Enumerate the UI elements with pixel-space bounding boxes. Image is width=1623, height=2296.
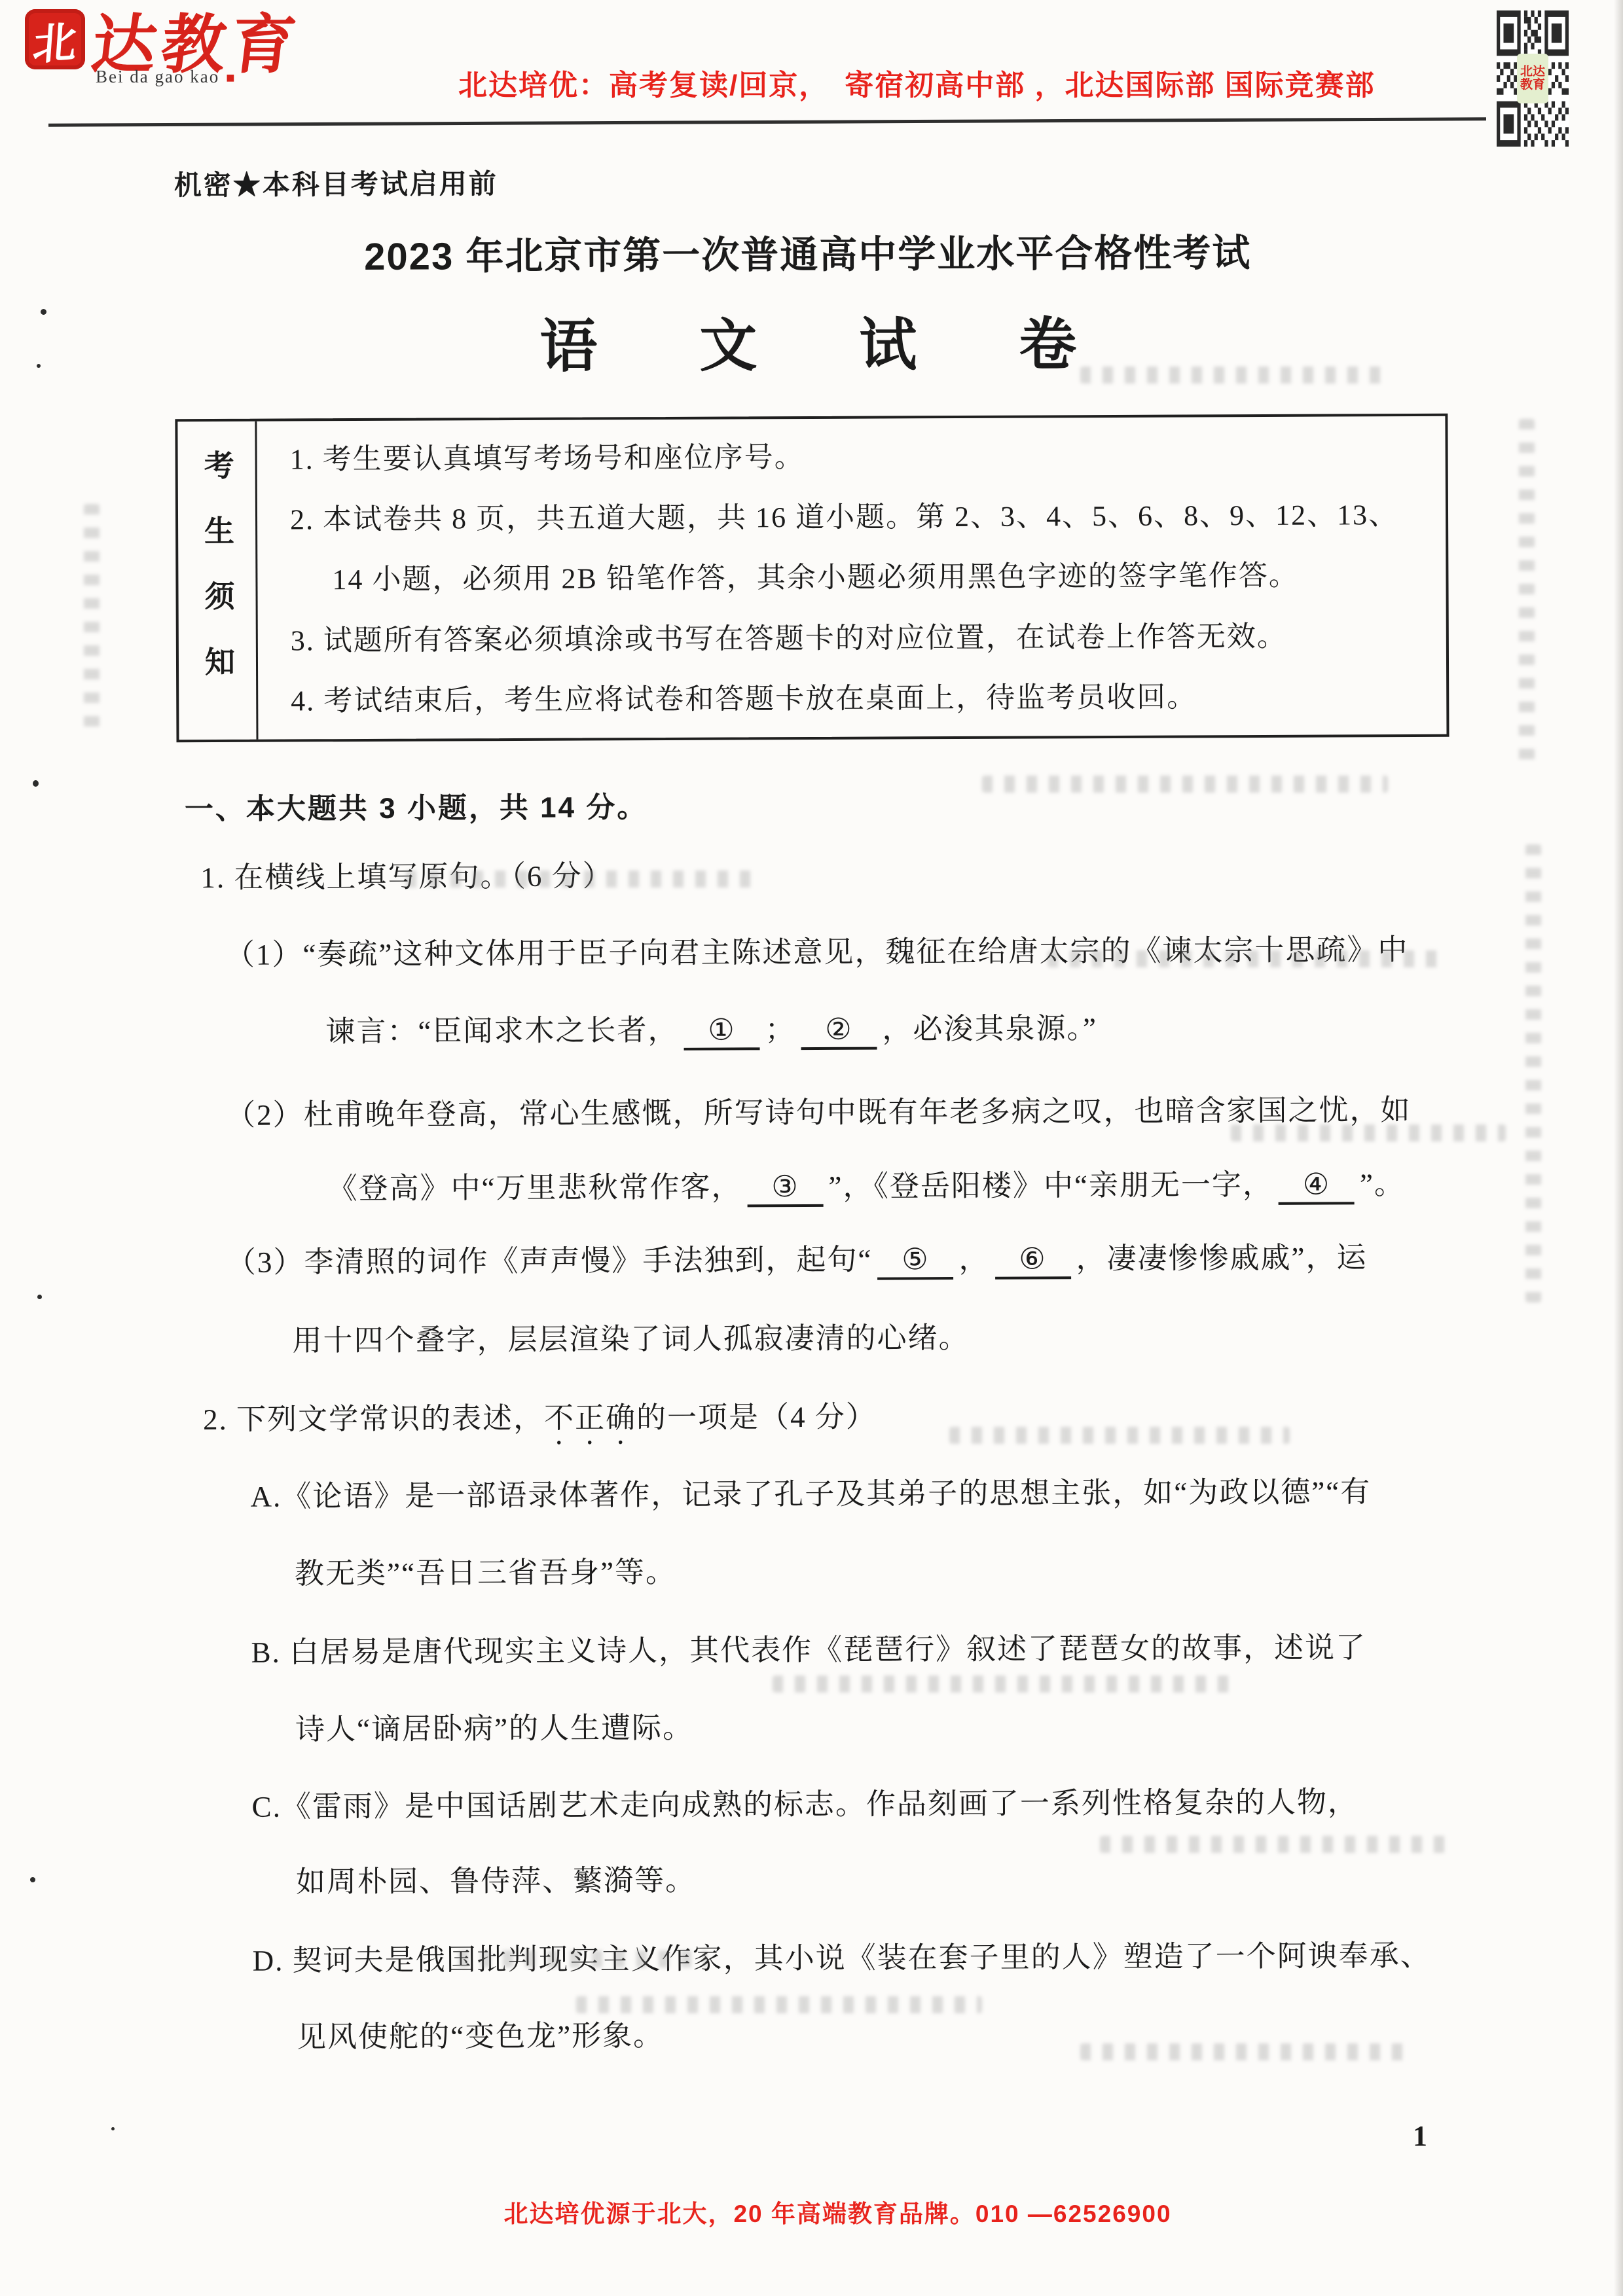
ink-speck [30,1877,35,1882]
scanned-content: 机密★本科目考试启用前 2023 年北京市第一次普通高中学业水平合格性考试 语 … [0,0,1623,2296]
notice-item-2-line-1: 2. 本试卷共 8 页，共五道大题，共 16 道小题。第 2、3、4、5、6、8… [290,500,1432,535]
q2-option-d-line1: D. 契诃夫是俄国批判现实主义作家，其小说《装在套子里的人》塑造了一个阿谀奉承、 [253,1939,1431,1979]
q2-option-c-line2: 如周朴园、鲁侍萍、蘩漪等。 [296,1864,696,1899]
ink-speck [33,780,39,787]
q1-part3-line2: 用十四个叠字，层层渲染了词人孤寂凄清的心绪。 [292,1321,969,1358]
q2-option-d-line2: 见风使舵的“变色龙”形象。 [297,2019,664,2054]
q1-part2-line2-post: ”。 [1360,1168,1405,1200]
notice-item-4: 4. 考试结束后，考生应将试卷和答题卡放在桌面上，待监考员收回。 [291,681,1433,717]
notice-item-2: 2. 本试卷共 8 页，共五道大题，共 16 道小题。第 2、3、4、5、6、8… [290,500,1433,596]
ink-speck [37,1295,42,1299]
section-1-heading: 一、本大题共 3 小题，共 14 分。 [185,783,648,827]
exam-paper-page: 北 达教育 Bei da gao kao■ 北达培优：高考复读/回京， 寄宿初高… [0,0,1623,2296]
bleed-through-artifact [84,504,100,733]
q1-part2-line2-mid: ”，《登岳阳楼》中“亲朋无一字， [828,1168,1273,1203]
notice-items: 1. 考生要认真填写考场号和座位序号。 2. 本试卷共 8 页，共五道大题，共 … [257,416,1446,740]
q1-part3-line1-post: ，凄凄惨惨戚戚”，运 [1076,1241,1367,1275]
paper-edge-shadow [1614,0,1623,2296]
bleed-through-artifact [1525,844,1541,1302]
notice-box: 考生须知 1. 考生要认真填写考场号和座位序号。 2. 本试卷共 8 页，共五道… [175,414,1449,742]
q1-part3-line1: （3）李清照的词作《声声慢》手法独到，起句“⑤，⑥，凄凄惨惨戚戚”，运 [227,1241,1368,1283]
bleed-through-artifact [773,1676,1231,1693]
answer-blank-3: ③ [747,1172,823,1208]
q1-part1-line2: 谏言：“臣闻求木之长者，①；②，必浚其泉源。” [325,1012,1097,1052]
q2-option-c-line1: C.《雷雨》是中国话剧艺术走向成熟的标志。作品刻画了一系列性格复杂的人物， [252,1785,1359,1824]
notice-side-label: 考生须知 [195,450,240,711]
q2-option-a-line2: 教无类”“吾日三省吾身”等。 [295,1556,676,1591]
ink-speck [37,364,41,368]
notice-item-2-line-2: 14 小题，必须用 2B 铅笔作答，其余小题必须用黑色字迹的签字笔作答。 [290,560,1432,596]
notice-item-3: 3. 试题所有答案必须填涂或书写在答题卡的对应位置，在试卷上作答无效。 [291,620,1433,656]
answer-blank-1: ① [684,1015,759,1050]
security-notice: 机密★本科目考试启用前 [174,162,498,203]
bleed-through-artifact [1080,2043,1408,2060]
bleed-through-artifact [576,1996,982,2013]
q2-stem-post: 的一项是（4 分） [636,1401,877,1435]
ink-speck [111,2127,115,2130]
answer-blank-5: ⑤ [877,1245,953,1280]
ink-speck [41,309,46,315]
q1-part2-line2: 《登高》中“万里悲秋常作客，③”，《登岳阳楼》中“亲朋无一字，④”。 [327,1168,1405,1209]
bleed-through-artifact [458,1950,707,1967]
bleed-through-artifact [949,1427,1290,1444]
q1-part3-line1-pre: （3）李清照的词作《声声慢》手法独到，起句“ [227,1244,873,1279]
bleed-through-artifact [1100,1836,1453,1853]
bleed-through-artifact [1231,1124,1506,1141]
bleed-through-artifact [982,776,1388,793]
exam-title: 2023 年北京市第一次普通高中学业水平合格性考试 [0,221,1619,283]
bleed-through-artifact [1048,950,1440,967]
bleed-through-artifact [1080,367,1388,384]
bleed-through-artifact [406,870,759,888]
q1-part3-line1-mid: ， [958,1243,989,1276]
q2-option-a-line1: A.《论语》是一部语录体著作，记录了孔子及其弟子的思想主张，如“为政以德”“有 [250,1475,1371,1514]
page-number: 1 [1413,2119,1427,2153]
footer-promo: 北达培优源于北大，20 年高端教育品牌。010 —62526900 [52,2194,1623,2229]
notice-side-column: 考生须知 [177,422,258,740]
bleed-through-artifact [1519,419,1535,772]
q2-stem-emphasis: 不正确 [544,1401,636,1435]
q1-part1-line2-post: ，必浚其泉源。” [882,1012,1097,1045]
answer-blank-4: ④ [1279,1170,1355,1205]
answer-blank-6: ⑥ [994,1244,1070,1280]
question-2-stem: 2. 下列文学常识的表述，不正确的一项是（4 分） [203,1401,877,1452]
q2-option-b-line1: B. 白居易是唐代现实主义诗人，其代表作《琵琶行》叙述了琵琶女的故事，述说了 [251,1631,1366,1670]
q1-part2-line2-pre: 《登高》中“万里悲秋常作客， [327,1170,742,1205]
answer-blank-2: ② [801,1015,877,1050]
q2-option-b-line2: 诗人“谪居卧病”的人生遭际。 [295,1712,693,1747]
q1-part1-line2-mid: ； [765,1013,795,1046]
q1-part1-line2-pre: 谏言：“臣闻求木之长者， [325,1014,678,1048]
notice-item-1: 1. 考生要认真填写考场号和座位序号。 [290,440,1432,475]
q2-stem-pre: 2. 下列文学常识的表述， [203,1402,544,1436]
